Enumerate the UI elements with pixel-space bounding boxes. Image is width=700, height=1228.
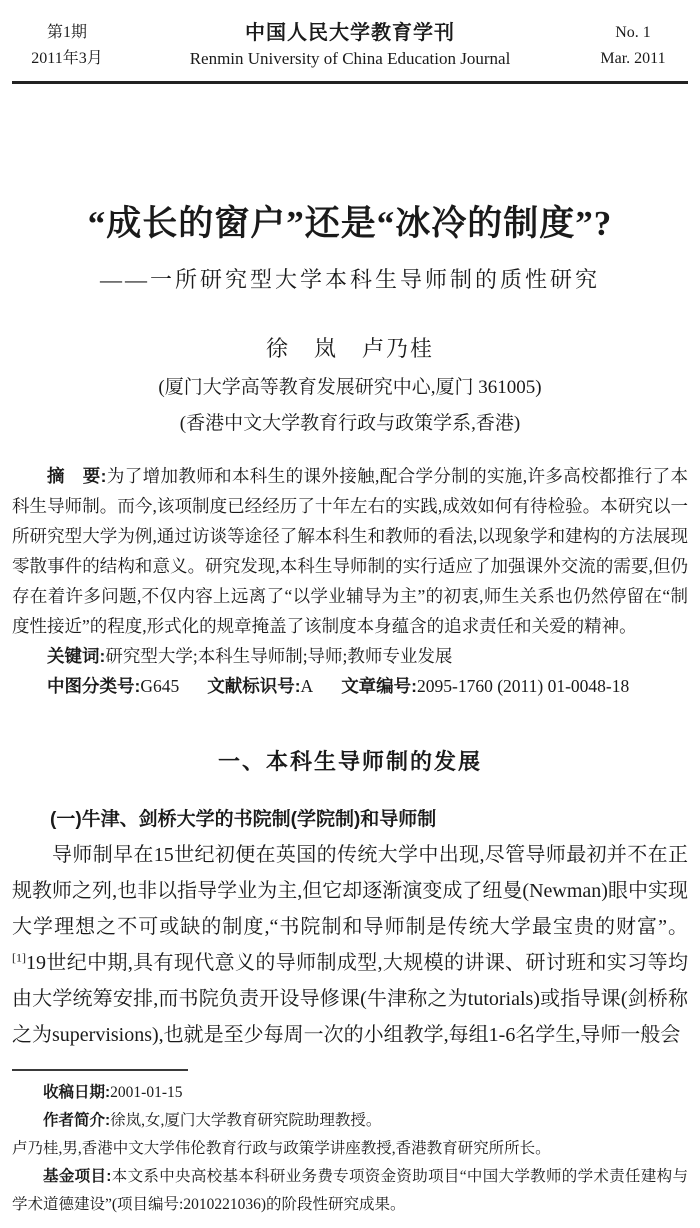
section-heading-2: (一)牛津、剑桥大学的书院制(学院制)和导师制 xyxy=(12,804,688,831)
article-affiliation-2: (香港中文大学教育行政与政策学系,香港) xyxy=(12,408,688,435)
journal-header-left: 第1期 2011年3月 xyxy=(12,20,122,72)
fund-project-text: 本文系中央高校基本科研业务费专项资金资助项目“中国大学教师的学术责任建构与学术道… xyxy=(12,1168,688,1213)
fund-project-line: 基金项目:本文系中央高校基本科研业务费专项资金资助项目“中国大学教师的学术责任建… xyxy=(12,1163,688,1219)
abstract-paragraph: 摘 要:为了增加教师和本科生的课外接触,配合学分制的实施,许多高校都推行了本科生… xyxy=(12,461,688,641)
journal-header-center: 中国人民大学教育学刊 Renmin University of China Ed… xyxy=(190,20,511,72)
article-authors: 徐 岚 卢乃桂 xyxy=(12,332,688,363)
article-subtitle: ——一所研究型大学本科生导师制的质性研究 xyxy=(12,263,688,294)
received-date-value: 2001-01-15 xyxy=(110,1084,182,1101)
keywords-label: 关键词: xyxy=(47,646,105,666)
received-date-label: 收稿日期: xyxy=(43,1084,110,1101)
journal-issue-en: No. 1 xyxy=(578,20,688,46)
journal-date-en: Mar. 2011 xyxy=(578,46,688,72)
abstract-text: 为了增加教师和本科生的课外接触,配合学分制的实施,许多高校都推行了本科生导师制。… xyxy=(12,466,688,636)
author-bio-label: 作者简介: xyxy=(43,1112,110,1129)
journal-header-right: No. 1 Mar. 2011 xyxy=(578,20,688,72)
author-bio-text-1: 徐岚,女,厦门大学教育研究院助理教授。 xyxy=(110,1112,381,1129)
author-bio-line-1: 作者简介:徐岚,女,厦门大学教育研究院助理教授。 xyxy=(12,1107,688,1135)
footnote-divider xyxy=(12,1069,188,1071)
journal-header: 第1期 2011年3月 中国人民大学教育学刊 Renmin University… xyxy=(12,0,688,72)
journal-date-cn: 2011年3月 xyxy=(12,46,122,72)
received-date-line: 收稿日期:2001-01-15 xyxy=(12,1079,688,1107)
clc-value: G645 xyxy=(140,676,179,696)
journal-title-cn: 中国人民大学教育学刊 xyxy=(190,20,511,46)
article-no-segment: 文章编号:2095-1760 (2011) 01-0048-18 xyxy=(341,676,629,696)
clc-label: 中图分类号: xyxy=(47,676,140,696)
journal-title-en: Renmin University of China Education Jou… xyxy=(190,46,511,72)
abstract-block: 摘 要:为了增加教师和本科生的课外接触,配合学分制的实施,许多高校都推行了本科生… xyxy=(12,461,688,701)
article-title: “成长的窗户”还是“冰冷的制度”? xyxy=(12,196,688,246)
body-paragraph-pre: 导师制早在15世纪初便在英国的传统大学中出现,尽管导师最初并不在正规教师之列,也… xyxy=(12,844,688,938)
body-paragraph: 导师制早在15世纪初便在英国的传统大学中出现,尽管导师最初并不在正规教师之列,也… xyxy=(12,837,688,1053)
article-affiliation-1: (厦门大学高等教育发展研究中心,厦门 361005) xyxy=(12,372,688,399)
classification-line: 中图分类号:G645文献标识号:A文章编号:2095-1760 (2011) 0… xyxy=(12,671,688,701)
paper-page: 第1期 2011年3月 中国人民大学教育学刊 Renmin University… xyxy=(0,0,700,1219)
clc-segment: 中图分类号:G645 xyxy=(47,676,179,696)
footnotes-block: 收稿日期:2001-01-15 作者简介:徐岚,女,厦门大学教育研究院助理教授。… xyxy=(12,1079,688,1219)
doc-code-segment: 文献标识号:A xyxy=(207,676,313,696)
citation-ref-1: [1] xyxy=(12,950,26,964)
article-no-label: 文章编号: xyxy=(341,676,417,696)
keywords-line: 关键词:研究型大学;本科生导师制;导师;教师专业发展 xyxy=(12,641,688,671)
doc-code-label: 文献标识号: xyxy=(207,676,300,696)
doc-code-value: A xyxy=(301,676,314,696)
keywords-text: 研究型大学;本科生导师制;导师;教师专业发展 xyxy=(105,646,452,666)
journal-issue-cn: 第1期 xyxy=(12,20,122,46)
header-divider xyxy=(12,81,688,84)
article-no-value: 2095-1760 (2011) 01-0048-18 xyxy=(417,676,629,696)
author-bio-line-2: 卢乃桂,男,香港中文大学伟伦教育行政与政策学讲座教授,香港教育研究所所长。 xyxy=(12,1135,688,1163)
body-paragraph-post: 19世纪中期,具有现代意义的导师制成型,大规模的讲课、研讨班和实习等均由大学统筹… xyxy=(12,952,688,1046)
abstract-label: 摘 要: xyxy=(47,466,106,486)
section-heading-1: 一、本科生导师制的发展 xyxy=(12,745,688,776)
fund-project-label: 基金项目: xyxy=(43,1168,111,1185)
